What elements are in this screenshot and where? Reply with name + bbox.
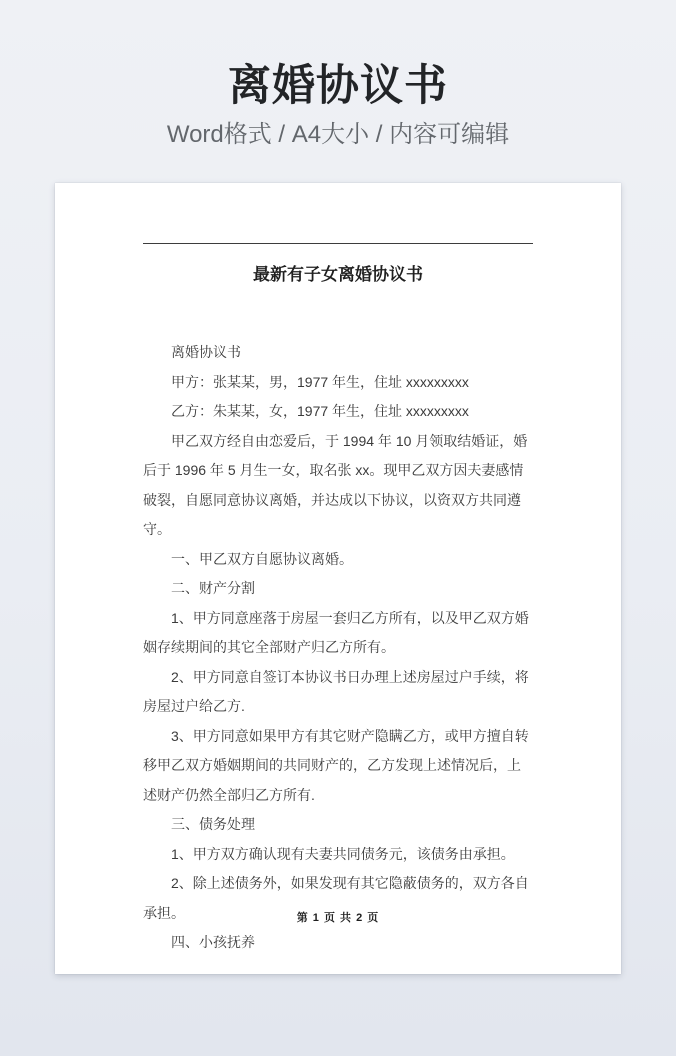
page-content: 最新有子女离婚协议书 离婚协议书甲方：张某某，男，1977 年生，住址 xxxx…: [55, 183, 621, 957]
document-body: 离婚协议书甲方：张某某，男，1977 年生，住址 xxxxxxxxx乙方：朱某某…: [143, 338, 533, 958]
document-title: 最新有子女离婚协议书: [143, 263, 533, 287]
document-paragraph: 四、小孩抚养: [143, 928, 533, 958]
document-paragraph: 甲乙双方经自由恋爱后，于 1994 年 10 月领取结婚证，婚后于 1996 年…: [143, 427, 533, 545]
document-paragraph: 三、债务处理: [143, 810, 533, 840]
page-number-footer: 第 1 页 共 2 页: [55, 909, 621, 925]
product-subtitle: Word格式 / A4大小 / 内容可编辑: [0, 119, 676, 150]
document-paragraph: 一、甲乙双方自愿协议离婚。: [143, 545, 533, 575]
document-paragraph: 离婚协议书: [143, 338, 533, 368]
document-paragraph: 3、甲方同意如果甲方有其它财产隐瞒乙方，或甲方擅自转移甲乙双方婚姻期间的共同财产…: [143, 722, 533, 811]
listing-header: 离婚协议书 Word格式 / A4大小 / 内容可编辑: [0, 0, 676, 150]
product-title: 离婚协议书: [0, 62, 676, 110]
document-paragraph: 1、甲方同意座落于房屋一套归乙方所有，以及甲乙双方婚姻存续期间的其它全部财产归乙…: [143, 604, 533, 663]
document-paragraph: 乙方：朱某某，女，1977 年生，住址 xxxxxxxxx: [143, 397, 533, 427]
document-paragraph: 甲方：张某某，男，1977 年生，住址 xxxxxxxxx: [143, 368, 533, 398]
document-paragraph: 2、甲方同意自签订本协议书日办理上述房屋过户手续，将房屋过户给乙方.: [143, 663, 533, 722]
header-divider-line: [143, 243, 533, 244]
document-paragraph: 1、甲方双方确认现有夫妻共同债务元，该债务由承担。: [143, 840, 533, 870]
document-paragraph: 二、财产分割: [143, 574, 533, 604]
a4-page-preview: 最新有子女离婚协议书 离婚协议书甲方：张某某，男，1977 年生，住址 xxxx…: [55, 183, 621, 974]
